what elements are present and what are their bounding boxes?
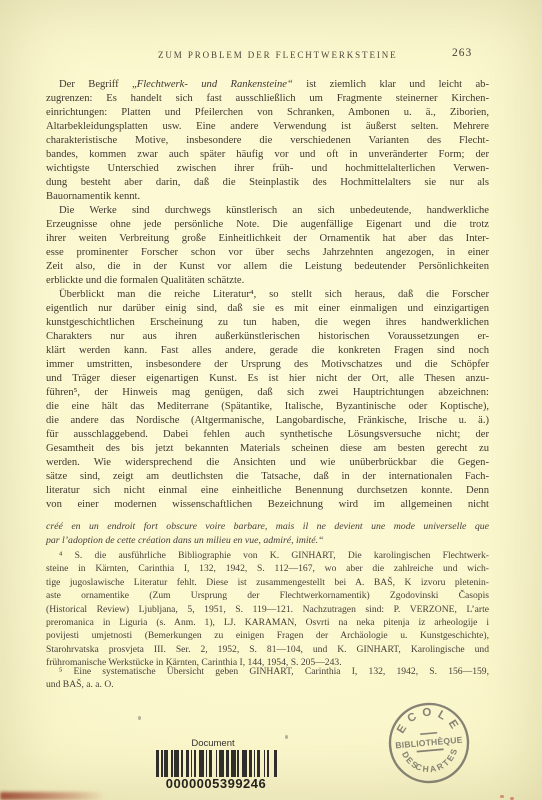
barcode-number: 0000005399246: [148, 776, 284, 791]
text-line: Altarbekleidungsplatten usw. Eine andere…: [46, 120, 489, 134]
page-number: 263: [452, 47, 472, 59]
text-line: aste ornamentike (Zum Ursprung der Flech…: [46, 589, 489, 602]
text-line: und BAŠ, a. a. O.: [46, 678, 489, 691]
text-line: bandes, kommen zwar auch später häufig v…: [46, 148, 489, 162]
text-line: Überblickt man die reiche Literatur⁴, so…: [46, 288, 489, 302]
barcode-bars: [156, 750, 277, 777]
text-line: créé en un endroit fort obscure voire ba…: [46, 520, 489, 534]
stamp-rule-bottom: [417, 749, 444, 751]
barcode-label: Document: [163, 738, 263, 749]
text-line: werden. Wie widersprechend die Ansichten…: [46, 456, 489, 470]
footnote-5: ⁵ Eine systematische Übersicht geben GIN…: [46, 665, 489, 692]
text-line: immer umstritten, insbesondere der Urspr…: [46, 358, 489, 372]
barcode-bar: [274, 750, 277, 777]
paragraph-2: Die Werke sind durchwegs künstlerisch an…: [46, 204, 489, 288]
french-quote-continuation: créé en un endroit fort obscure voire ba…: [46, 520, 489, 547]
stamp-rule-top: [420, 733, 437, 734]
main-text-block: Der Begriff „Flechtwerk- und Rankenstein…: [46, 78, 489, 512]
text-line: tige jugoslawische Literatur fehlt. Dies…: [46, 576, 489, 589]
paper-speck: [138, 716, 141, 720]
text-line: Erzeugnisse ohne jede persönliche Note. …: [46, 218, 489, 232]
text-line: zugrenzen: Es handelt sich fast ausschli…: [46, 92, 489, 106]
text-line: sätze sind, zeigt am deutlichsten die Ta…: [46, 470, 489, 484]
text-line: eigentlich nur darüber einig sind, daß s…: [46, 302, 489, 316]
footnote-4: ⁴ S. die ausführliche Bibliographie von …: [46, 549, 489, 670]
text-line: für ausschlaggebend. Dabei fehlen auch s…: [46, 428, 489, 442]
text-line: wichtigste Unterschied zwischen ihrer fr…: [46, 162, 489, 176]
text-line: erblickte und die formalen Qualitäten sc…: [46, 274, 489, 288]
p1-lead-text: Der Begriff „: [59, 79, 137, 90]
text-line: par l’adoption de cette création dans un…: [46, 534, 489, 548]
text-line: (Historical Review) Ljubljana, 5, 1951, …: [46, 603, 489, 616]
text-line: kunstgeschichtlichen Erscheinung zu tun …: [46, 316, 489, 330]
text-line: dung besteht aber darin, daß die Steinpl…: [46, 176, 489, 190]
text-line: die eine hält das Mediterrane (Spätantik…: [46, 400, 489, 414]
red-speck: [500, 795, 504, 798]
text-line: preromanica in Liguria (s. Anm. 1), LJ. …: [46, 616, 489, 629]
scanned-book-page: ZUM PROBLEM DER FLECHTWERKSTEINE 263 Der…: [0, 0, 542, 800]
red-ink-smudge: [0, 792, 105, 800]
text-line: ⁵ Eine systematische Übersicht geben GIN…: [46, 665, 489, 678]
text-line: esse prominenter Forscher schon vor über…: [46, 246, 489, 260]
text-line: Charakters nur aus ihren außerkünstleris…: [46, 330, 489, 344]
paragraph-1: Der Begriff „Flechtwerk- und Rankenstein…: [46, 78, 489, 204]
text-line: steine in Kärnten, Carinthia I, 132, 194…: [46, 562, 489, 575]
text-line: Die Werke sind durchwegs künstlerisch an…: [46, 204, 489, 218]
text-line: Zeit also, die in der Kunst vor allem di…: [46, 260, 489, 274]
text-line: povijesti umjetnosti (Bemerkungen zu ein…: [46, 629, 489, 642]
p1-tail-text: ist ziemlich klar und leicht ab-: [293, 79, 489, 90]
text-line: die andere das Nordische (Altgermanische…: [46, 414, 489, 428]
text-line: Bauornamentik kennt.: [46, 190, 489, 204]
paper-speck: [285, 735, 288, 739]
paragraph-1-first-line: Der Begriff „Flechtwerk- und Rankenstein…: [46, 78, 489, 92]
text-line: ihrer weiten Verbreitung große Einheitli…: [46, 232, 489, 246]
library-stamp: ECOLE BIBLIOTHÈQUE DES CHARTES: [382, 696, 475, 789]
text-line: führen⁵, der Hinweis mag genügen, daß si…: [46, 386, 489, 400]
text-line: Gesamtheit des bis jetzt bekannten Mater…: [46, 442, 489, 456]
text-line: klärt werden kann. Fast alles andere, ge…: [46, 344, 489, 358]
text-line: von einer modernen wissenschaftlichen Be…: [46, 498, 489, 512]
text-line: ⁴ S. die ausführliche Bibliographie von …: [46, 549, 489, 562]
text-line: literatur sich nicht einmal eine einheit…: [46, 484, 489, 498]
text-line: und Träger dieser eigenartigen Kunst. Es…: [46, 372, 489, 386]
p1-italic-term: Flechtwerk- und Rankensteine“: [137, 79, 293, 90]
paragraph-3: Überblickt man die reiche Literatur⁴, so…: [46, 288, 489, 512]
text-line: Starohrvatska prosvjeta III. Ser. 2, 195…: [46, 643, 489, 656]
running-header-title: ZUM PROBLEM DER FLECHTWERKSTEINE: [158, 50, 398, 60]
text-line: charakteristische Motive, insbesondere d…: [46, 134, 489, 148]
text-line: einrichtungen: Platten und Pfeilerchen v…: [46, 106, 489, 120]
